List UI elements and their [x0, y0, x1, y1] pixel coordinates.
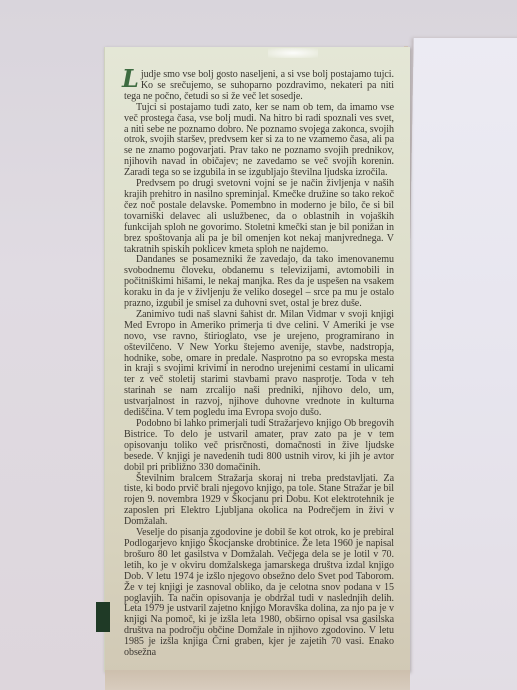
page-bottom-edge [105, 670, 410, 690]
paragraph: Tujci si postajamo tudi zato, ker se nam… [124, 103, 394, 179]
flap-text: Ljudje smo vse bolj gosto naseljeni, a s… [124, 70, 394, 659]
paragraph: Zanimivo tudi naš slavni šahist dr. Mila… [124, 310, 394, 419]
paragraph: Številnim bralcem Stražarja skoraj ni tr… [124, 474, 394, 529]
paragraph: Podobno bi lahko primerjali tudi Stražar… [124, 419, 394, 474]
decorative-initial: L [122, 70, 139, 88]
paragraph: Predvsem po drugi svetovni vojni se je n… [124, 179, 394, 255]
paragraph: Dandanes se posamezniki že zavedajo, da … [124, 255, 394, 310]
paragraph-intro: Ljudje smo vse bolj gosto naseljeni, a s… [124, 70, 394, 103]
background-board [402, 38, 517, 690]
paragraph: Veselje do pisanja zgodovine je dobil še… [124, 528, 394, 659]
light-glare [268, 48, 318, 58]
green-tab-marker [96, 602, 110, 632]
